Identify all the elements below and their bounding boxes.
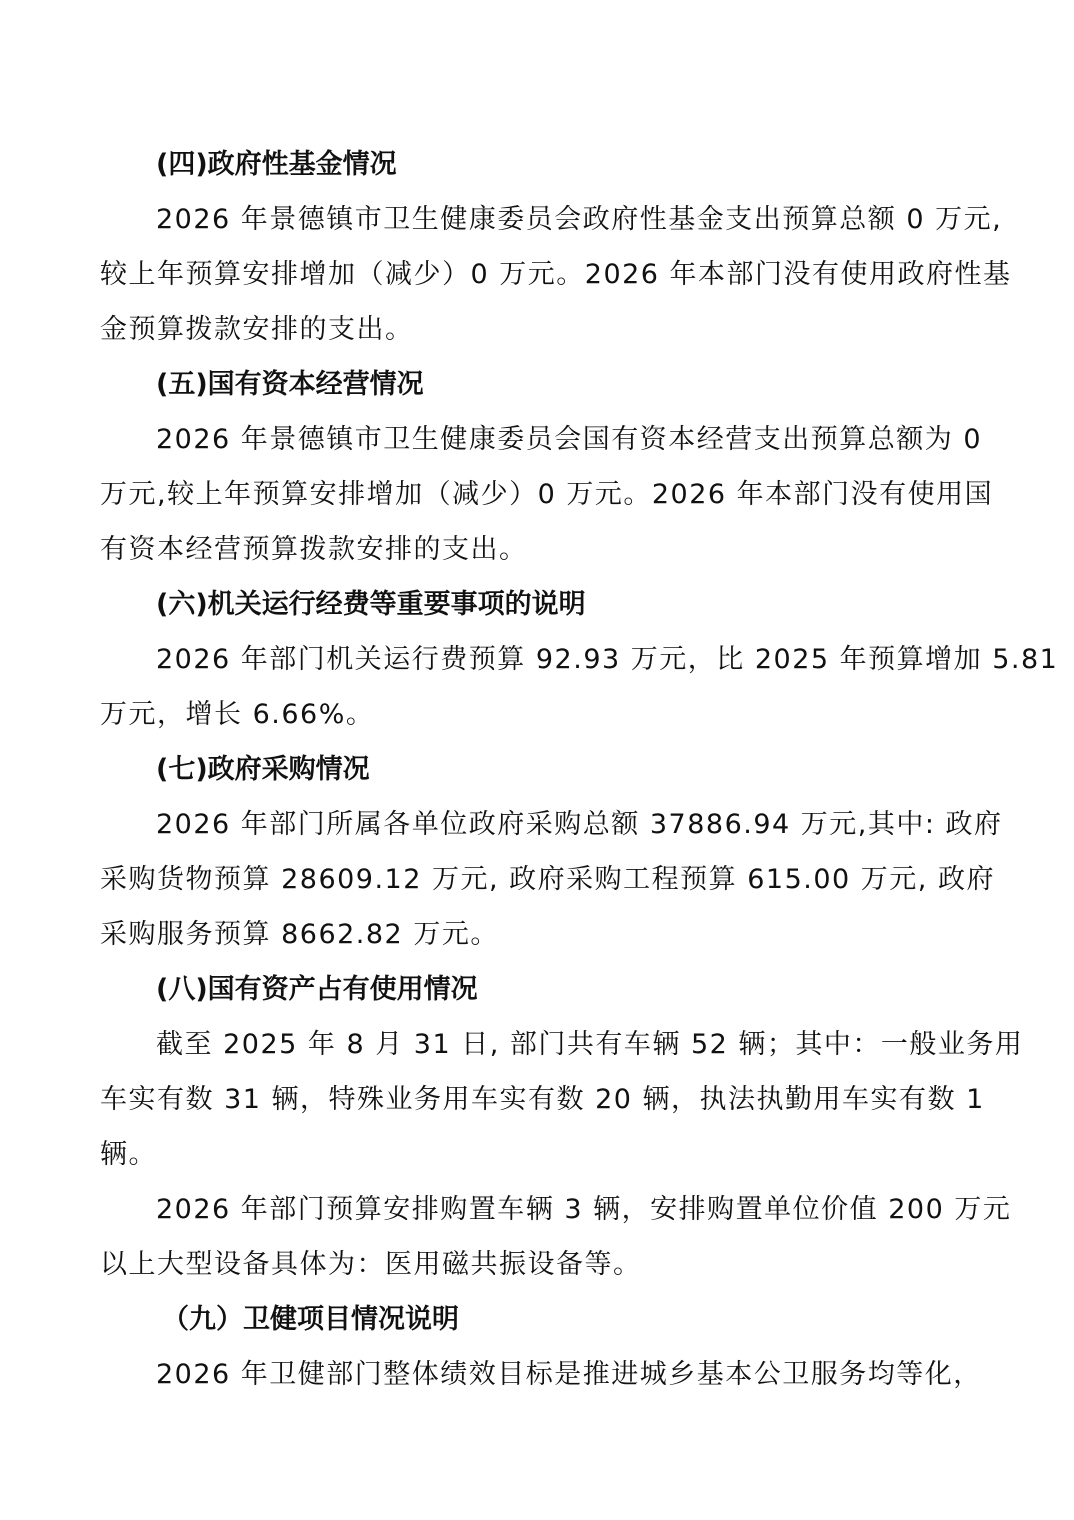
paragraph-line: 万元，增长 6.66%。 [100,690,374,740]
paragraph-line: 车实有数 31 辆，特殊业务用车实有数 20 辆，执法执勤用车实有数 1 [100,1075,985,1125]
section-heading: （九）卫健项目情况说明 [162,1295,459,1345]
section-heading: (五)国有资本经营情况 [156,360,424,410]
paragraph-line: 2026 年卫健部门整体绩效目标是推进城乡基本公卫服务均等化， [156,1350,982,1400]
paragraph-line: 2026 年景德镇市卫生健康委员会政府性基金支出预算总额 0 万元, [156,195,1002,245]
paragraph-line: 较上年预算安排增加（减少）0 万元。2026 年本部门没有使用政府性基 [100,250,1012,300]
paragraph-line: 金预算拨款安排的支出。 [100,305,414,355]
paragraph-line: 2026 年景德镇市卫生健康委员会国有资本经营支出预算总额为 0 [156,415,982,465]
paragraph-line: 以上大型设备具体为：医用磁共振设备等。 [100,1240,642,1290]
paragraph-line: 2026 年部门机关运行费预算 92.93 万元，比 2025 年预算增加 5.… [156,635,1058,685]
paragraph-line: 有资本经营预算拨款安排的支出。 [100,525,528,575]
paragraph-line: 采购货物预算 28609.12 万元, 政府采购工程预算 615.00 万元, … [100,855,995,905]
paragraph-line: 万元,较上年预算安排增加（减少）0 万元。2026 年本部门没有使用国 [100,470,993,520]
section-heading: (四)政府性基金情况 [156,140,397,190]
section-heading: (六)机关运行经费等重要事项的说明 [156,580,586,630]
paragraph-line: 辆。 [100,1130,157,1180]
section-heading: (七)政府采购情况 [156,745,370,795]
paragraph-line: 2026 年部门预算安排购置车辆 3 辆，安排购置单位价值 200 万元 [156,1185,1011,1235]
paragraph-line: 截至 2025 年 8 月 31 日, 部门共有车辆 52 辆；其中：一般业务用 [156,1020,1023,1070]
section-heading: (八)国有资产占有使用情况 [156,965,478,1015]
paragraph-line: 2026 年部门所属各单位政府采购总额 37886.94 万元,其中: 政府 [156,800,1003,850]
paragraph-line: 采购服务预算 8662.82 万元。 [100,910,499,960]
